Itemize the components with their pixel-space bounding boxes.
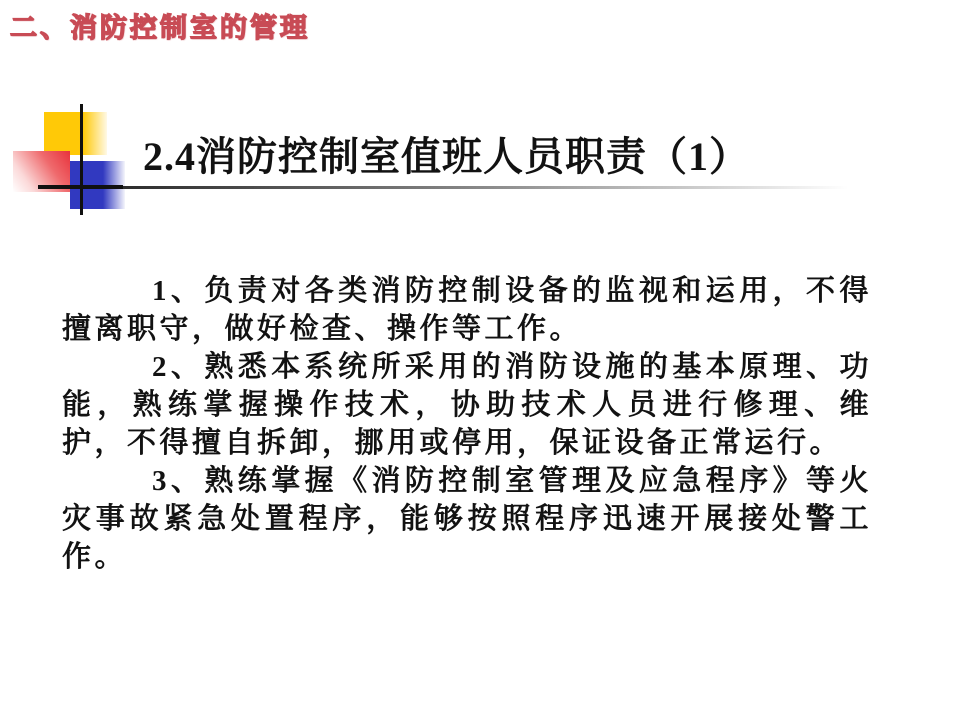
body-paragraph-3: 3、熟练掌握《消防控制室管理及应急程序》等火灾事故紧急处置程序，能够按照程序迅速…: [62, 462, 872, 576]
horizontal-line-thick: [38, 185, 123, 189]
vertical-line: [80, 104, 83, 215]
body-paragraph-2: 2、熟悉本系统所采用的消防设施的基本原理、功能，熟练掌握操作技术，协助技术人员进…: [62, 348, 872, 462]
presentation-slide: 二、消防控制室的管理 2.4消防控制室值班人员职责（1） 1、负责对各类消防控制…: [0, 0, 960, 720]
slide-body: 1、负责对各类消防控制设备的监视和运用，不得擅离职守，做好检查、操作等工作。 2…: [62, 272, 872, 576]
section-header: 二、消防控制室的管理: [10, 6, 310, 45]
title-underline-rule: [43, 186, 848, 189]
yellow-square: [44, 112, 107, 155]
body-paragraph-1: 1、负责对各类消防控制设备的监视和运用，不得擅离职守，做好检查、操作等工作。: [62, 272, 872, 348]
slide-title: 2.4消防控制室值班人员职责（1）: [143, 134, 750, 180]
